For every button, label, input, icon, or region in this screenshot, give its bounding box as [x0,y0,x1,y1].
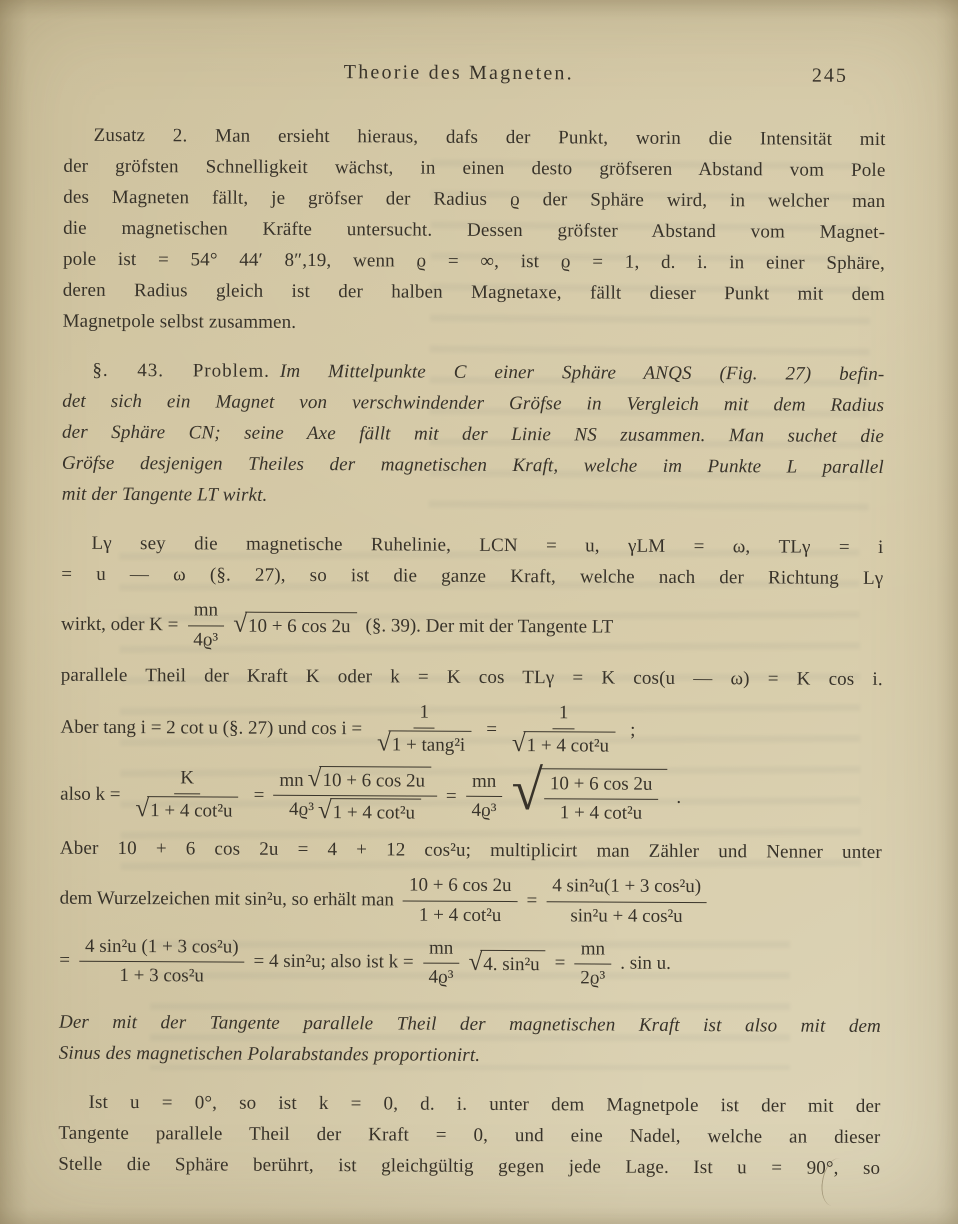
text-line: Sinus des magnetischen Polarabstandes pr… [59,1038,881,1073]
radicand: 1 + 4 cot²u [330,799,422,827]
paragraph-zusatz2: Zusatz 2. Man ersieht hieraus, dafs der … [63,120,886,341]
denominator: √ 1 + 4 cot²u [506,729,621,759]
text-line: pole ist = 54° 44′ 8″,19, wenn ϱ = ∞, is… [63,244,885,279]
text-line: Aber 10 + 6 cos 2u = 4 + 12 cos²u; multi… [60,833,882,868]
formula-text: = 4 sin²u; also ist k = [253,950,413,976]
page-content: Theorie des Magneten. 245 Zusatz 2. Man … [58,60,886,1202]
numerator: 10 + 6 cos 2u [403,874,518,902]
text-line: des Magneten fällt, je gröfser der Radiu… [63,182,885,217]
square-root: √ 1 + 4 cot²u [135,796,238,824]
paragraph-final: Ist u = 0°, so ist k = 0, d. i. unter de… [58,1087,880,1184]
numerator: mn [575,937,611,965]
equals-sign: = [59,949,70,974]
radicand: 10 + 6 cos 2u [319,766,431,794]
text-line: Tangente parallele Theil der Kraft = 0, … [58,1118,880,1153]
formula-text: wirkt, oder K = [61,613,178,638]
fraction: mn 4ϱ³ [187,598,224,653]
formula-text: (§. 39). Der mit der Tangente LT [365,614,613,640]
formula-k-chain: also k = K √ 1 + 4 cot²u = mn [60,764,882,829]
text-line: Lγ sey die magnetische Ruhelinie, LCN = … [61,528,883,563]
square-root: √ 1 + 4 cot²u [512,731,615,759]
equals-sign: = [446,784,457,809]
fraction: mn 4ϱ³ [466,770,503,825]
denominator: √ 1 + tang²i [371,728,477,758]
text-line: parallele Theil der Kraft K oder k = K c… [61,660,883,695]
paragraph-derivation: Lγ sey die magnetische Ruhelinie, LCN = … [59,528,883,993]
denominator: 4ϱ³ [187,626,224,653]
square-root: √ 1 + 4 cot²u [318,798,421,826]
formula-text: ; [630,718,635,743]
text-line: det sich ein Magnet von verschwindender … [62,386,884,421]
numerator: 4 sin²u(1 + 3 cos²u) [546,874,707,903]
denominator: 1 + 4 cot²u [554,800,649,827]
formula-result: = 4 sin²u (1 + 3 cos²u) 1 + 3 cos²u = 4 … [59,934,881,993]
radicand: 10 + 6 cos 2u [245,612,357,640]
paragraph-problem-43: §. 43. Problem.Im Mittelpunkte C einer S… [62,355,885,514]
numerator: 1 [553,702,575,730]
fraction: 4 sin²u (1 + 3 cos²u) 1 + 3 cos²u [79,934,245,989]
denominator: 2ϱ³ [574,965,611,992]
square-root: √ 10 + 6 cos 2u [233,612,356,640]
text-line: Ist u = 0°, so ist k = 0, d. i. unter de… [58,1087,880,1122]
formula-total-force: wirkt, oder K = mn 4ϱ³ √ 10 + 6 cos 2u (… [61,598,883,657]
radicand: 1 + 4 cot²u [147,796,239,824]
square-root: √ 1 + tang²i [377,730,471,758]
book-page-scan: Theorie des Magneten. 245 Zusatz 2. Man … [0,0,958,1224]
denominator: 4ϱ³ [423,964,460,991]
numerator: mn [188,598,224,626]
radicand: 10 + 6 cos 2u 1 + 4 cot²u [539,768,668,827]
text-line: der Sphäre CN; seine Axe fällt mit der L… [62,417,884,452]
numerator: mn [466,770,502,798]
denominator: √ 1 + 4 cot²u [129,794,244,824]
fraction: 1 √ 1 + 4 cot²u [506,701,621,759]
text-span: Im Mittelpunkte C einer Sphäre ANQS (Fig… [280,361,885,385]
fraction: 1 √ 1 + tang²i [371,701,477,759]
running-title: Theorie des Magneten. [344,61,574,85]
equals-sign: = [555,952,566,977]
formula-text: 4ϱ³ [289,798,314,823]
denominator: 1 + 4 cot²u [413,901,508,928]
fraction: K √ 1 + 4 cot²u [129,766,244,824]
formula-substitution: dem Wurzelzeichen mit sin²u, so erhält m… [59,872,881,931]
numerator: 10 + 6 cos 2u [544,772,659,800]
text-line: Zusatz 2. Man ersieht hieraus, dafs der … [64,120,886,155]
denominator: sin²u + 4 cos²u [564,902,688,929]
square-root: √ 4. sin²u [468,950,545,978]
text-line: Magnetpole selbst zusammen. [63,306,885,341]
denominator: 4ϱ³ [466,797,503,824]
text-line: die magnetischen Kräfte untersucht. Dess… [63,213,885,248]
fraction: 10 + 6 cos 2u 1 + 4 cot²u [544,772,659,827]
page-header: Theorie des Magneten. 245 [64,60,886,100]
equals-sign: = [526,889,537,914]
fraction: mn 2ϱ³ [574,937,611,992]
formula-text: also k = [60,782,120,807]
radicand: 4. sin²u [480,950,546,978]
fraction: mn 4ϱ³ [423,936,460,991]
numerator: 4 sin²u (1 + 3 cos²u) [79,934,245,963]
formula-text: . sin u. [620,952,671,977]
big-square-root: √ 10 + 6 cos 2u 1 + 4 cot²u [511,768,667,827]
numerator: 1 [413,701,435,729]
formula-text: dem Wurzelzeichen mit sin²u, so erhält m… [60,887,394,913]
fraction: mn √ 10 + 6 cos 2u 4ϱ³ √ 1 + 4 cot²u [273,766,437,827]
formula-cos-i: Aber tang i = 2 cot u (§. 27) und cos i … [60,699,882,761]
text-line: = u — ω (§. 27), so ist die ganze Kraft,… [61,559,883,594]
radicand: 1 + 4 cot²u [524,731,616,759]
text-line: mit der Tangente LT wirkt. [62,479,884,514]
equals-sign: = [486,718,497,743]
equals-sign: = [254,783,265,808]
text-line: §. 43. Problem.Im Mittelpunkte C einer S… [62,355,884,390]
page-number: 245 [812,65,848,88]
formula-text: Aber tang i = 2 cot u (§. 27) und cos i … [60,715,362,741]
radicand: 1 + tang²i [389,730,472,758]
formula-text: mn [279,769,303,794]
denominator: 4ϱ³ √ 1 + 4 cot²u [283,796,427,826]
text-line: der gröfsten Schnelligkeit wächst, in ei… [63,151,885,186]
fraction: 4 sin²u(1 + 3 cos²u) sin²u + 4 cos²u [546,874,707,929]
square-root: √ 10 + 6 cos 2u [308,766,431,794]
paragraph-conclusion: Der mit der Tangente parallele Theil der… [59,1007,881,1073]
text-line: Stelle die Sphäre berührt, ist gleichgül… [58,1149,880,1184]
numerator: K [174,767,200,795]
formula-text: . [676,786,681,811]
numerator: mn √ 10 + 6 cos 2u [273,766,437,798]
numerator: mn [423,936,459,964]
text-line: Gröfse desjenigen Theiles der magnetisch… [62,448,884,483]
text-line: deren Radius gleich ist der halben Magne… [63,275,885,310]
denominator: 1 + 3 cos²u [113,962,210,989]
text-line: Der mit der Tangente parallele Theil der… [59,1007,881,1042]
section-label: §. 43. Problem. [92,360,280,382]
fraction: 10 + 6 cos 2u 1 + 4 cot²u [403,874,518,929]
